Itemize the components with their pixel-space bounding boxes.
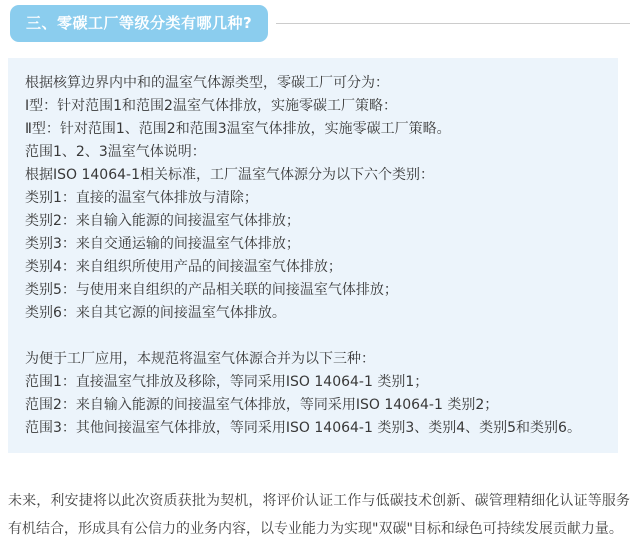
- info-box-line: 类别6：来自其它源的间接温室气体排放。: [25, 302, 601, 325]
- section-header: 三、零碳工厂等级分类有哪几种?: [0, 0, 637, 42]
- info-box-blank-line: [25, 325, 601, 348]
- info-box-line: 为便于工厂应用，本规范将温室气体源合并为以下三种：: [25, 348, 601, 371]
- info-box-line: 范围3：其他间接温室气体排放，等同采用ISO 14064-1 类别3、类别4、类…: [25, 417, 601, 440]
- info-box-line: 类别5：与使用来自组织的产品相关联的间接温室气体排放；: [25, 279, 601, 302]
- info-box: 根据核算边界内中和的温室气体源类型，零碳工厂可分为： Ⅰ型：针对范围1和范围2温…: [8, 58, 618, 453]
- footer-paragraph: 未来，利安捷将以此次资质获批为契机，将评价认证工作与低碳技术创新、碳管理精细化认…: [8, 487, 630, 543]
- info-box-line: Ⅱ型：针对范围1、范围2和范围3温室气体排放，实施零碳工厂策略。: [25, 118, 601, 141]
- info-box-line: 范围1、2、3温室气体说明：: [25, 141, 601, 164]
- info-box-line: 范围2：来自输入能源的间接温室气体排放，等同采用ISO 14064-1 类别2；: [25, 394, 601, 417]
- info-box-line: Ⅰ型：针对范围1和范围2温室气体排放，实施零碳工厂策略：: [25, 95, 601, 118]
- info-box-line: 类别4：来自组织所使用产品的间接温室气体排放；: [25, 256, 601, 279]
- info-box-line: 范围1：直接温室气排放及移除，等同采用ISO 14064-1 类别1；: [25, 371, 601, 394]
- info-box-line: 类别2：来自输入能源的间接温室气体排放；: [25, 210, 601, 233]
- info-box-line: 根据核算边界内中和的温室气体源类型，零碳工厂可分为：: [25, 72, 601, 95]
- info-box-line: 类别1：直接的温室气体排放与清除；: [25, 187, 601, 210]
- info-box-line: 类别3：来自交通运输的间接温室气体排放；: [25, 233, 601, 256]
- title-divider: [276, 23, 630, 24]
- section-title-badge: 三、零碳工厂等级分类有哪几种?: [10, 5, 268, 42]
- info-box-line: 根据ISO 14064-1相关标准，工厂温室气体源分为以下六个类别：: [25, 164, 601, 187]
